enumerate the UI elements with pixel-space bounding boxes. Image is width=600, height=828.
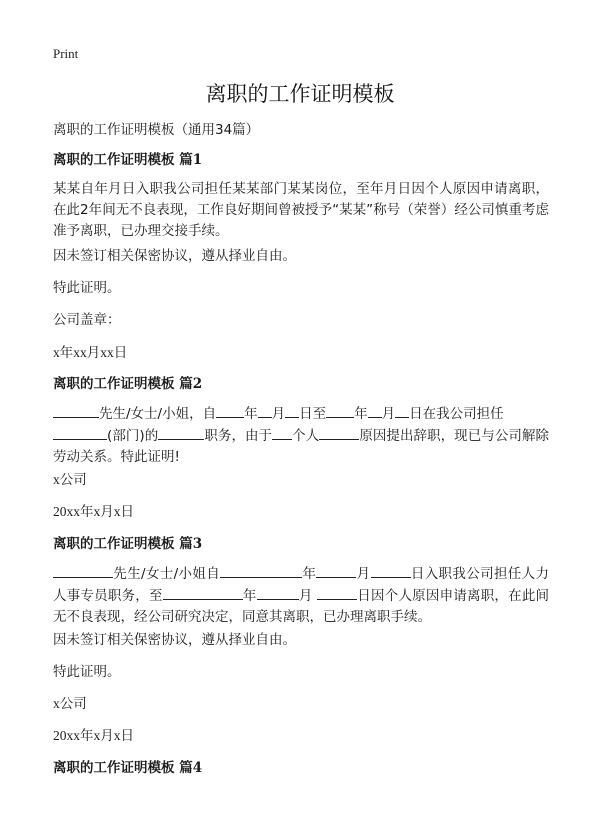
section-heading-1: 离职的工作证明模板 篇1 [53, 149, 202, 171]
section-1-body: 某某自年月日入职我公司担任某某部门某某岗位，至年月日因个人原因申请离职，在此2年… [53, 179, 549, 242]
section-1-date: x年xx月xx日 [53, 342, 127, 364]
section-3-line-2: 特此证明。 [53, 661, 121, 683]
blank-field [158, 425, 204, 440]
blank-field [368, 403, 382, 418]
print-link[interactable]: Print [53, 46, 78, 62]
section-heading-3: 离职的工作证明模板 篇3 [53, 533, 202, 555]
section-2-date: 20xx年x月x日 [53, 501, 134, 523]
blank-field [316, 563, 356, 578]
section-1-line-1: 因未签订相关保密协议，遵从择业自由。 [53, 245, 296, 267]
blank-field [220, 563, 302, 578]
blank-field [371, 563, 411, 578]
blank-field [272, 425, 292, 440]
section-2-company: x公司 [53, 469, 87, 491]
section-1-line-3: 公司盖章： [53, 309, 121, 331]
document-subtitle: 离职的工作证明模板（通用34篇） [53, 119, 259, 141]
section-3-line-1: 因未签订相关保密协议，遵从择业自由。 [53, 629, 296, 651]
section-heading-2: 离职的工作证明模板 篇2 [53, 373, 202, 395]
blank-field [53, 563, 113, 578]
blank-field [285, 403, 299, 418]
section-1-line-2: 特此证明。 [53, 277, 121, 299]
section-3-company: x公司 [53, 693, 87, 715]
blank-field [395, 403, 409, 418]
blank-field [326, 403, 354, 418]
blank-field [216, 403, 244, 418]
blank-field [317, 585, 357, 600]
section-heading-4: 离职的工作证明模板 篇4 [53, 757, 202, 779]
blank-field [163, 585, 243, 600]
section-3-body: 先生/女士/小姐自年月日入职我公司担任人力人事专员职务，至年月 日因个人原因申请… [53, 563, 549, 628]
blank-field [319, 425, 359, 440]
section-3-date: 20xx年x月x日 [53, 725, 134, 747]
blank-field [257, 585, 299, 600]
blank-field [53, 425, 107, 440]
blank-field [53, 403, 99, 418]
page-title: 离职的工作证明模板 [53, 78, 547, 108]
section-2-body: 先生/女士/小姐，自年月日至年月日在我公司担任(部门)的职务，由于个人原因提出辞… [53, 403, 549, 468]
blank-field [258, 403, 272, 418]
